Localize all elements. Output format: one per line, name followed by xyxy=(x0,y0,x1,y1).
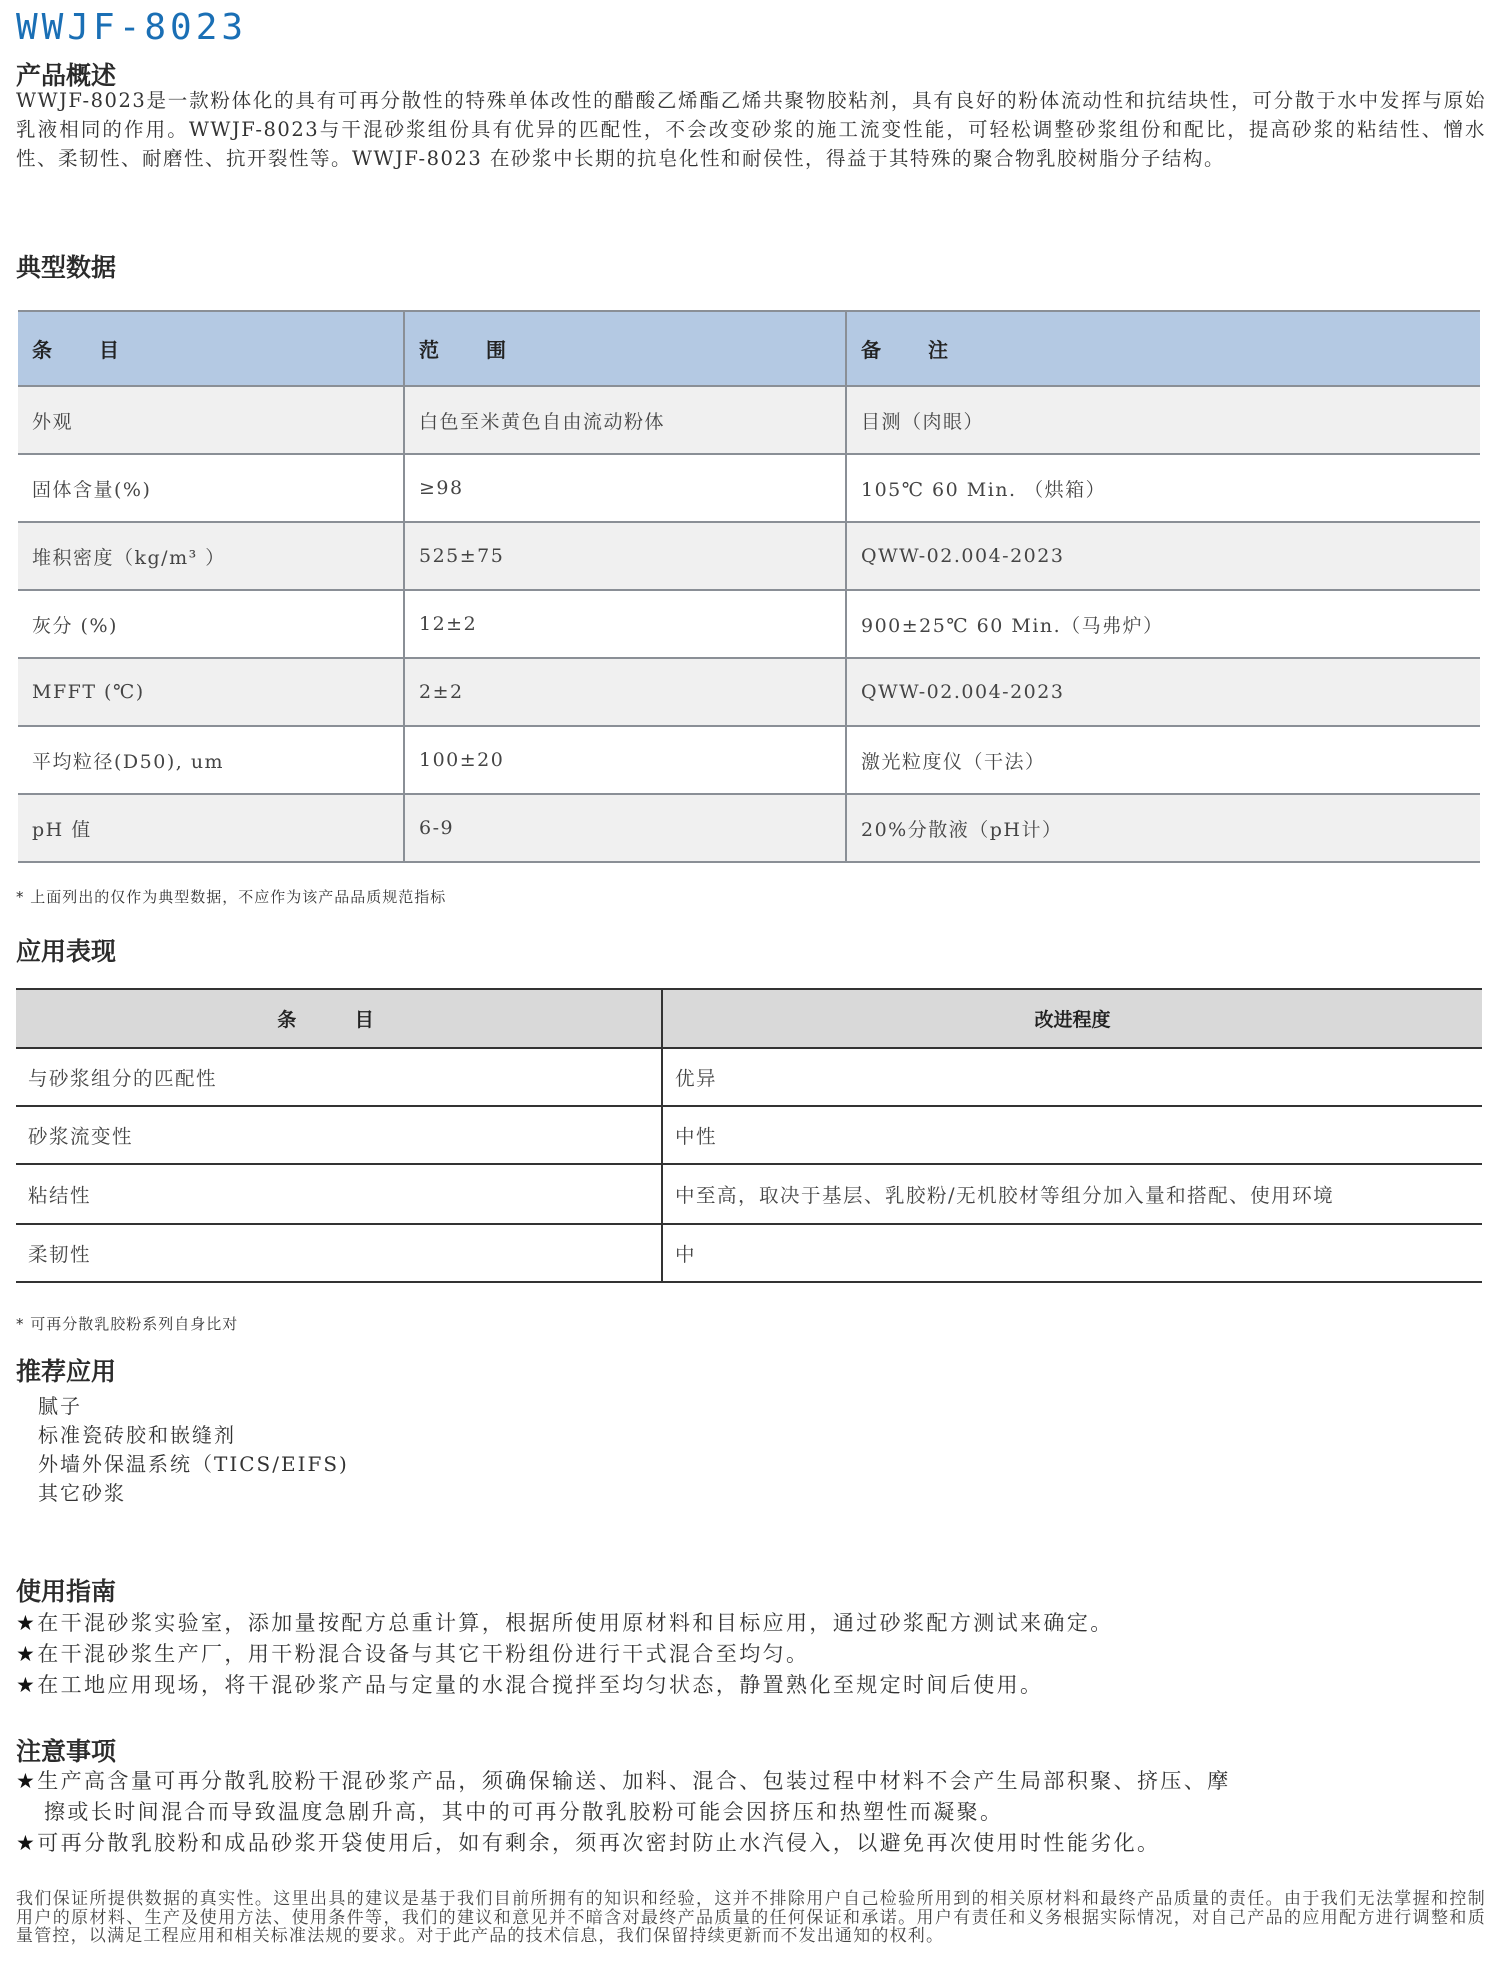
table-cell: QWW-02.004-2023 xyxy=(846,658,1480,726)
table-cell: 900±25℃ 60 Min.（马弗炉） xyxy=(846,590,1480,658)
typical-data-footnote: * 上面列出的仅作为典型数据，不应作为该产品品质规范指标 xyxy=(16,886,446,907)
table-row: 粘结性 中至高，取决于基层、乳胶粉/无机胶材等组分加入量和搭配、使用环境 xyxy=(16,1164,1482,1224)
performance-footnote: * 可再分散乳胶粉系列自身比对 xyxy=(16,1313,238,1334)
table-row: 平均粒径(D50), um 100±20 激光粒度仪（干法） xyxy=(18,726,1480,794)
table-header-row: 条 目 改进程度 xyxy=(16,989,1482,1048)
table-row: 砂浆流变性 中性 xyxy=(16,1106,1482,1164)
table-row: 与砂浆组分的匹配性 优异 xyxy=(16,1048,1482,1106)
cautions-list: ★生产高含量可再分散乳胶粉干混砂浆产品，须确保输送、加料、混合、包装过程中材料不… xyxy=(16,1766,1231,1859)
table-cell: pH 值 xyxy=(18,794,404,862)
table-cell: 粘结性 xyxy=(16,1164,662,1224)
star-icon: ★ xyxy=(16,1673,37,1697)
table-cell: 堆积密度（kg/m³ ） xyxy=(18,522,404,590)
table-cell: QWW-02.004-2023 xyxy=(846,522,1480,590)
table-cell: 外观 xyxy=(18,386,404,454)
table-row: 堆积密度（kg/m³ ） 525±75 QWW-02.004-2023 xyxy=(18,522,1480,590)
table-cell: 6-9 xyxy=(404,794,846,862)
list-item: ★在工地应用现场，将干混砂浆产品与定量的水混合搅拌至均匀状态，静置熟化至规定时间… xyxy=(16,1670,1114,1701)
table-cell: 中 xyxy=(662,1224,1482,1282)
list-item: ★生产高含量可再分散乳胶粉干混砂浆产品，须确保输送、加料、混合、包装过程中材料不… xyxy=(16,1766,1231,1797)
table-cell: 中性 xyxy=(662,1106,1482,1164)
table-cell: 中至高，取决于基层、乳胶粉/无机胶材等组分加入量和搭配、使用环境 xyxy=(662,1164,1482,1224)
table-cell: 激光粒度仪（干法） xyxy=(846,726,1480,794)
typical-data-heading: 典型数据 xyxy=(16,252,116,284)
table-cell: 100±20 xyxy=(404,726,846,794)
list-item: ★在干混砂浆实验室，添加量按配方总重计算，根据所使用原材料和目标应用，通过砂浆配… xyxy=(16,1608,1114,1639)
table-cell: 砂浆流变性 xyxy=(16,1106,662,1164)
table-row: 外观 白色至米黄色自由流动粉体 目测（肉眼） xyxy=(18,386,1480,454)
overview-text: WWJF-8023是一款粉体化的具有可再分散性的特殊单体改性的醋酸乙烯酯乙烯共聚… xyxy=(16,86,1486,173)
typical-data-table: 条 目 范 围 备 注 外观 白色至米黄色自由流动粉体 目测（肉眼） 固体含量(… xyxy=(18,310,1480,863)
table-cell: 白色至米黄色自由流动粉体 xyxy=(404,386,846,454)
star-icon: ★ xyxy=(16,1611,37,1635)
table-cell: 525±75 xyxy=(404,522,846,590)
table-cell: 12±2 xyxy=(404,590,846,658)
table-cell: 柔韧性 xyxy=(16,1224,662,1282)
table-row: pH 值 6-9 20%分散液（pH计） xyxy=(18,794,1480,862)
table-cell: 20%分散液（pH计） xyxy=(846,794,1480,862)
list-item: ★可再分散乳胶粉和成品砂浆开袋使用后，如有剩余，须再次密封防止水汽侵入，以避免再… xyxy=(16,1828,1231,1859)
list-item-continuation: 擦或长时间混合而导致温度急剧升高，其中的可再分散乳胶粉可能会因挤压和热塑性而凝聚… xyxy=(16,1797,1231,1828)
table-cell: 固体含量(%) xyxy=(18,454,404,522)
list-item: 其它砂浆 xyxy=(38,1479,349,1508)
table-cell: 105℃ 60 Min. （烘箱） xyxy=(846,454,1480,522)
star-icon: ★ xyxy=(16,1642,37,1666)
star-icon: ★ xyxy=(16,1831,37,1855)
column-header: 备 注 xyxy=(846,311,1480,386)
table-row: 固体含量(%) ≥98 105℃ 60 Min. （烘箱） xyxy=(18,454,1480,522)
table-cell: 灰分 (%) xyxy=(18,590,404,658)
list-item: 腻子 xyxy=(38,1392,349,1421)
table-cell: ≥98 xyxy=(404,454,846,522)
product-title: WWJF-8023 xyxy=(16,4,247,52)
column-header: 改进程度 xyxy=(662,989,1482,1048)
star-icon: ★ xyxy=(16,1769,37,1793)
table-cell: 与砂浆组分的匹配性 xyxy=(16,1048,662,1106)
table-cell: MFFT (℃) xyxy=(18,658,404,726)
table-cell: 平均粒径(D50), um xyxy=(18,726,404,794)
table-header-row: 条 目 范 围 备 注 xyxy=(18,311,1480,386)
table-cell: 目测（肉眼） xyxy=(846,386,1480,454)
performance-heading: 应用表现 xyxy=(16,936,116,968)
guide-list: ★在干混砂浆实验室，添加量按配方总重计算，根据所使用原材料和目标应用，通过砂浆配… xyxy=(16,1608,1114,1701)
disclaimer: 我们保证所提供数据的真实性。这里出具的建议是基于我们目前所拥有的知识和经验，这并… xyxy=(16,1890,1486,1946)
list-item: 标准瓷砖胶和嵌缝剂 xyxy=(38,1421,349,1450)
table-cell: 2±2 xyxy=(404,658,846,726)
performance-table: 条 目 改进程度 与砂浆组分的匹配性 优异 砂浆流变性 中性 粘结性 中至高，取… xyxy=(16,988,1482,1283)
cautions-heading: 注意事项 xyxy=(16,1736,116,1768)
column-header: 条 目 xyxy=(16,989,662,1048)
recommended-list: 腻子 标准瓷砖胶和嵌缝剂 外墙外保温系统（TICS/EIFS) 其它砂浆 xyxy=(38,1392,349,1508)
guide-heading: 使用指南 xyxy=(16,1576,116,1608)
recommended-heading: 推荐应用 xyxy=(16,1356,116,1388)
table-row: 柔韧性 中 xyxy=(16,1224,1482,1282)
list-item: 外墙外保温系统（TICS/EIFS) xyxy=(38,1450,349,1479)
column-header: 范 围 xyxy=(404,311,846,386)
column-header: 条 目 xyxy=(18,311,404,386)
list-item: ★在干混砂浆生产厂，用干粉混合设备与其它干粉组份进行干式混合至均匀。 xyxy=(16,1639,1114,1670)
table-row: MFFT (℃) 2±2 QWW-02.004-2023 xyxy=(18,658,1480,726)
table-row: 灰分 (%) 12±2 900±25℃ 60 Min.（马弗炉） xyxy=(18,590,1480,658)
table-cell: 优异 xyxy=(662,1048,1482,1106)
